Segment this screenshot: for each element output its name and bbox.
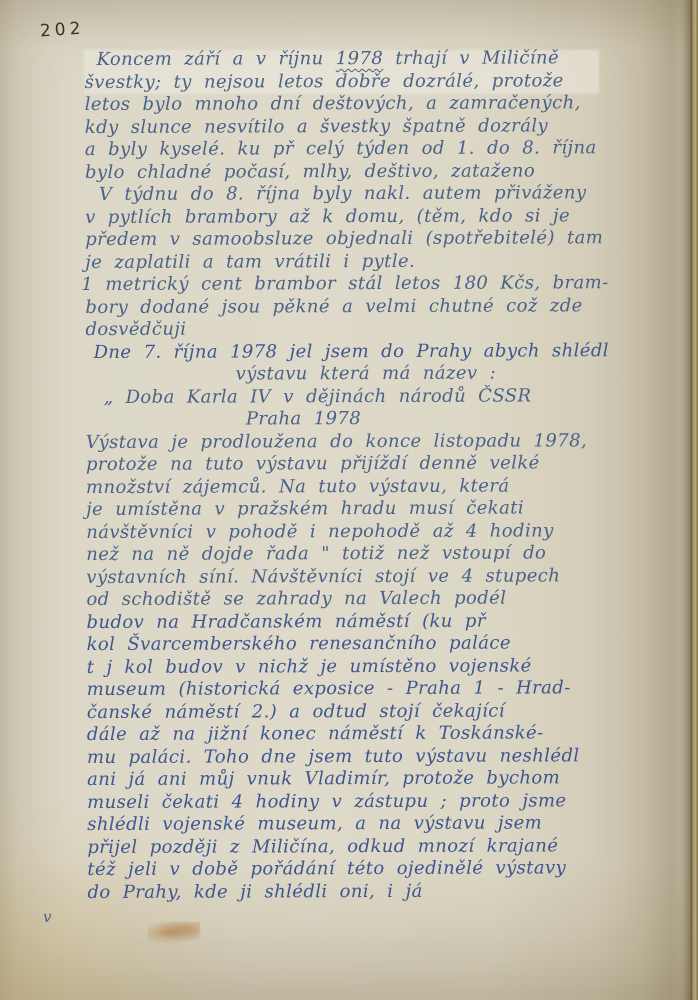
manuscript-line: mu paláci. Toho dne jsem tuto výstavu ne… <box>87 744 672 769</box>
manuscript-line: je zaplatili a tam vrátili i pytle. <box>85 249 670 274</box>
manuscript-line: letos bylo mnoho dní deštových, a zamrač… <box>85 92 670 117</box>
manuscript-line: t j kol budov v nichž je umístěno vojens… <box>87 654 672 679</box>
page-number: 202 <box>39 18 85 41</box>
manuscript-line: ani já ani můj vnuk Vladimír, protože by… <box>87 767 672 792</box>
manuscript-line: do Prahy, kde ji shlédli oni, i já <box>87 879 672 904</box>
manuscript-line: „ Doba Karla IV v dějinách národů ČSSR <box>104 384 671 408</box>
manuscript-line: množství zájemců. Na tuto výstavu, která <box>86 474 671 499</box>
manuscript-line: švestky; ty nejsou letos dobře dozrálé, … <box>85 69 670 94</box>
manuscript-line: budov na Hradčanském náměstí (ku př <box>86 609 671 634</box>
manuscript-line: shlédli vojenské museum, a na výstavu js… <box>87 812 672 837</box>
underlined-year: 1978 <box>336 48 383 69</box>
check-mark: v <box>43 908 51 926</box>
manuscript-line: čanské náměstí 2.) a odtud stojí čekajíc… <box>87 699 672 724</box>
manuscript-line: je umístěna v pražském hradu musí čekati <box>86 497 671 522</box>
manuscript-line: V týdnu do 8. října byly nakl. autem při… <box>99 182 670 206</box>
manuscript-line: Praha 1978 <box>246 407 671 431</box>
manuscript-line: výstavních síní. Návštěvníci stojí ve 4 … <box>86 564 671 589</box>
manuscript-line: a byly kyselé. ku př celý týden od 1. do… <box>85 137 670 162</box>
manuscript-line: dosvědčuji <box>85 317 670 342</box>
manuscript: Koncem září a v říjnu 1978 trhají v Mili… <box>85 47 673 904</box>
manuscript-line: 1 metrický cent brambor stál letos 180 K… <box>81 272 670 297</box>
manuscript-line: Dne 7. října 1978 jel jsem do Prahy abyc… <box>94 339 671 364</box>
manuscript-line: v pytlích brambory až k domu, (těm, kdo … <box>85 204 670 229</box>
manuscript-line: dále až na jižní konec náměstí k Toskáns… <box>87 722 672 747</box>
manuscript-line: přijel později z Miličína, odkud mnozí k… <box>87 834 672 859</box>
manuscript-line: museli čekati 4 hodiny v zástupu ; proto… <box>87 789 672 814</box>
manuscript-line: výstavu která má název : <box>236 362 671 386</box>
manuscript-line: bory dodané jsou pěkné a velmi chutné co… <box>85 294 670 319</box>
manuscript-line: než na ně dojde řada " totiž než vstoupí… <box>86 542 671 567</box>
manuscript-line: protože na tuto výstavu přijíždí denně v… <box>86 452 671 477</box>
manuscript-line: kdy slunce nesvítilo a švestky špatně do… <box>85 114 670 139</box>
manuscript-line: kol Švarcemberského renesančního paláce <box>87 632 672 657</box>
manuscript-line: návštěvníci v pohodě i nepohodě až 4 hod… <box>86 519 671 544</box>
manuscript-line: od schodiště se zahrady na Valech podél <box>86 587 671 612</box>
chronicle-page: 202 Koncem září a v říjnu 1978 trhají v … <box>0 0 698 1000</box>
manuscript-line: Koncem září a v říjnu 1978 trhají v Mili… <box>97 47 670 72</box>
manuscript-line: též jeli v době pořádání této ojedinělé … <box>87 857 672 882</box>
book-binding-edge <box>668 0 698 1000</box>
manuscript-line: bylo chladné počasí, mlhy, deštivo, zata… <box>85 159 670 184</box>
ink-stain <box>148 922 200 944</box>
manuscript-line: předem v samoobsluze objednali (spotřebi… <box>85 227 670 252</box>
manuscript-line: Výstava je prodloužena do konce listopad… <box>86 429 671 454</box>
manuscript-line: museum (historická exposice - Praha 1 - … <box>87 677 672 702</box>
